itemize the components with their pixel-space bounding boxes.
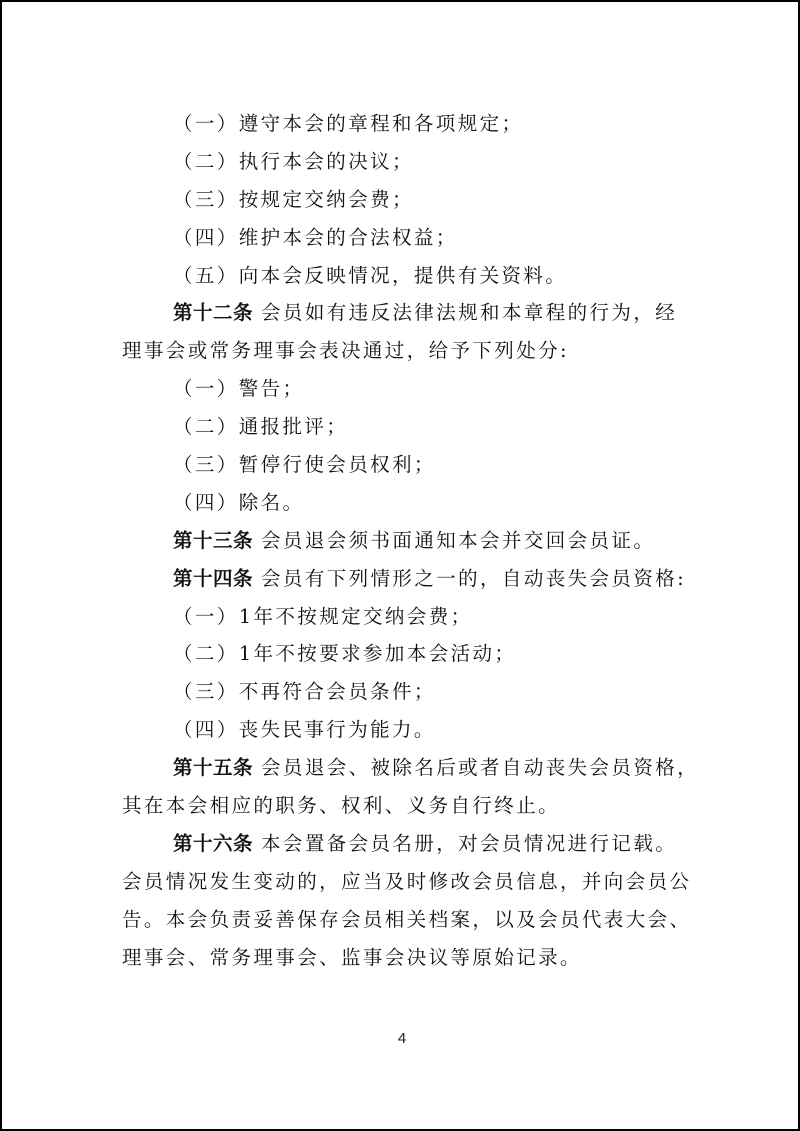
list-item: （二）执行本会的决议； [122, 143, 682, 181]
paragraph-line: 其在本会相应的职务、权利、义务自行终止。 [122, 787, 682, 825]
line-text: （二）执行本会的决议； [173, 150, 414, 173]
article-heading: 第十三条 [173, 529, 253, 552]
line-text: （二）通报批评； [173, 415, 348, 438]
list-item: （三）暂停行使会员权利； [122, 446, 682, 484]
line-text: （一）警告； [173, 377, 304, 400]
line-text: （二）1年不按要求参加本会活动； [173, 642, 516, 665]
article-heading: 第十四条 [173, 567, 253, 590]
article-13: 第十三条会员退会须书面通知本会并交回会员证。 [122, 522, 682, 560]
article-heading: 第十二条 [173, 301, 253, 324]
line-text: （四）维护本会的合法权益； [173, 226, 458, 249]
line-text: （一）遵守本会的章程和各项规定； [173, 112, 523, 135]
list-item: （四）除名。 [122, 484, 682, 522]
line-text: 理事会、常务理事会、监事会决议等原始记录。 [122, 946, 582, 969]
line-text: 告。本会负责妥善保存会员相关档案，以及会员代表大会、 [122, 908, 691, 931]
line-text: （三）暂停行使会员权利； [173, 453, 436, 476]
line-text: 会员情况发生变动的，应当及时修改会员信息，并向会员公 [122, 870, 691, 893]
article-heading: 第十五条 [173, 756, 253, 779]
line-text: 会员退会、被除名后或者自动丧失会员资格， [261, 756, 699, 779]
list-item: （二）1年不按要求参加本会活动； [122, 635, 682, 673]
line-text: 理事会或常务理事会表决通过，给予下列处分: [122, 339, 569, 362]
line-text: （四）丧失民事行为能力。 [173, 718, 436, 741]
list-item: （三）按规定交纳会费； [122, 181, 682, 219]
list-item: （四）丧失民事行为能力。 [122, 711, 682, 749]
page-number: 4 [2, 1030, 800, 1047]
list-item: （一）警告； [122, 370, 682, 408]
article-14: 第十四条会员有下列情形之一的，自动丧失会员资格: [122, 560, 682, 598]
article-16: 第十六条本会置备会员名册，对会员情况进行记载。 [122, 825, 682, 863]
list-item: （三）不再符合会员条件； [122, 673, 682, 711]
paragraph-line: 理事会、常务理事会、监事会决议等原始记录。 [122, 939, 682, 977]
paragraph-line: 会员情况发生变动的，应当及时修改会员信息，并向会员公 [122, 863, 682, 901]
article-heading: 第十六条 [173, 832, 253, 855]
document-body: （一）遵守本会的章程和各项规定； （二）执行本会的决议； （三）按规定交纳会费；… [122, 105, 682, 976]
line-text: 会员有下列情形之一的，自动丧失会员资格: [261, 567, 686, 590]
line-text: 会员退会须书面通知本会并交回会员证。 [261, 529, 655, 552]
line-text: 会员如有违反法律法规和本章程的行为，经 [261, 301, 677, 324]
line-text: （四）除名。 [173, 491, 304, 514]
list-item: （一）遵守本会的章程和各项规定； [122, 105, 682, 143]
list-item: （二）通报批评； [122, 408, 682, 446]
line-text: （三）不再符合会员条件； [173, 680, 436, 703]
list-item: （一）1年不按规定交纳会费； [122, 598, 682, 636]
line-text: 其在本会相应的职务、权利、义务自行终止。 [122, 794, 560, 817]
line-text: （一）1年不按规定交纳会费； [173, 605, 473, 628]
article-12: 第十二条会员如有违反法律法规和本章程的行为，经 [122, 294, 682, 332]
line-text: （五）向本会反映情况，提供有关资料。 [173, 264, 567, 287]
line-text: （三）按规定交纳会费； [173, 188, 414, 211]
article-15: 第十五条会员退会、被除名后或者自动丧失会员资格， [122, 749, 682, 787]
paragraph-line: 告。本会负责妥善保存会员相关档案，以及会员代表大会、 [122, 901, 682, 939]
line-text: 本会置备会员名册，对会员情况进行记载。 [261, 832, 677, 855]
document-page: （一）遵守本会的章程和各项规定； （二）执行本会的决议； （三）按规定交纳会费；… [0, 0, 800, 1131]
list-item: （五）向本会反映情况，提供有关资料。 [122, 257, 682, 295]
paragraph-line: 理事会或常务理事会表决通过，给予下列处分: [122, 332, 682, 370]
list-item: （四）维护本会的合法权益； [122, 219, 682, 257]
